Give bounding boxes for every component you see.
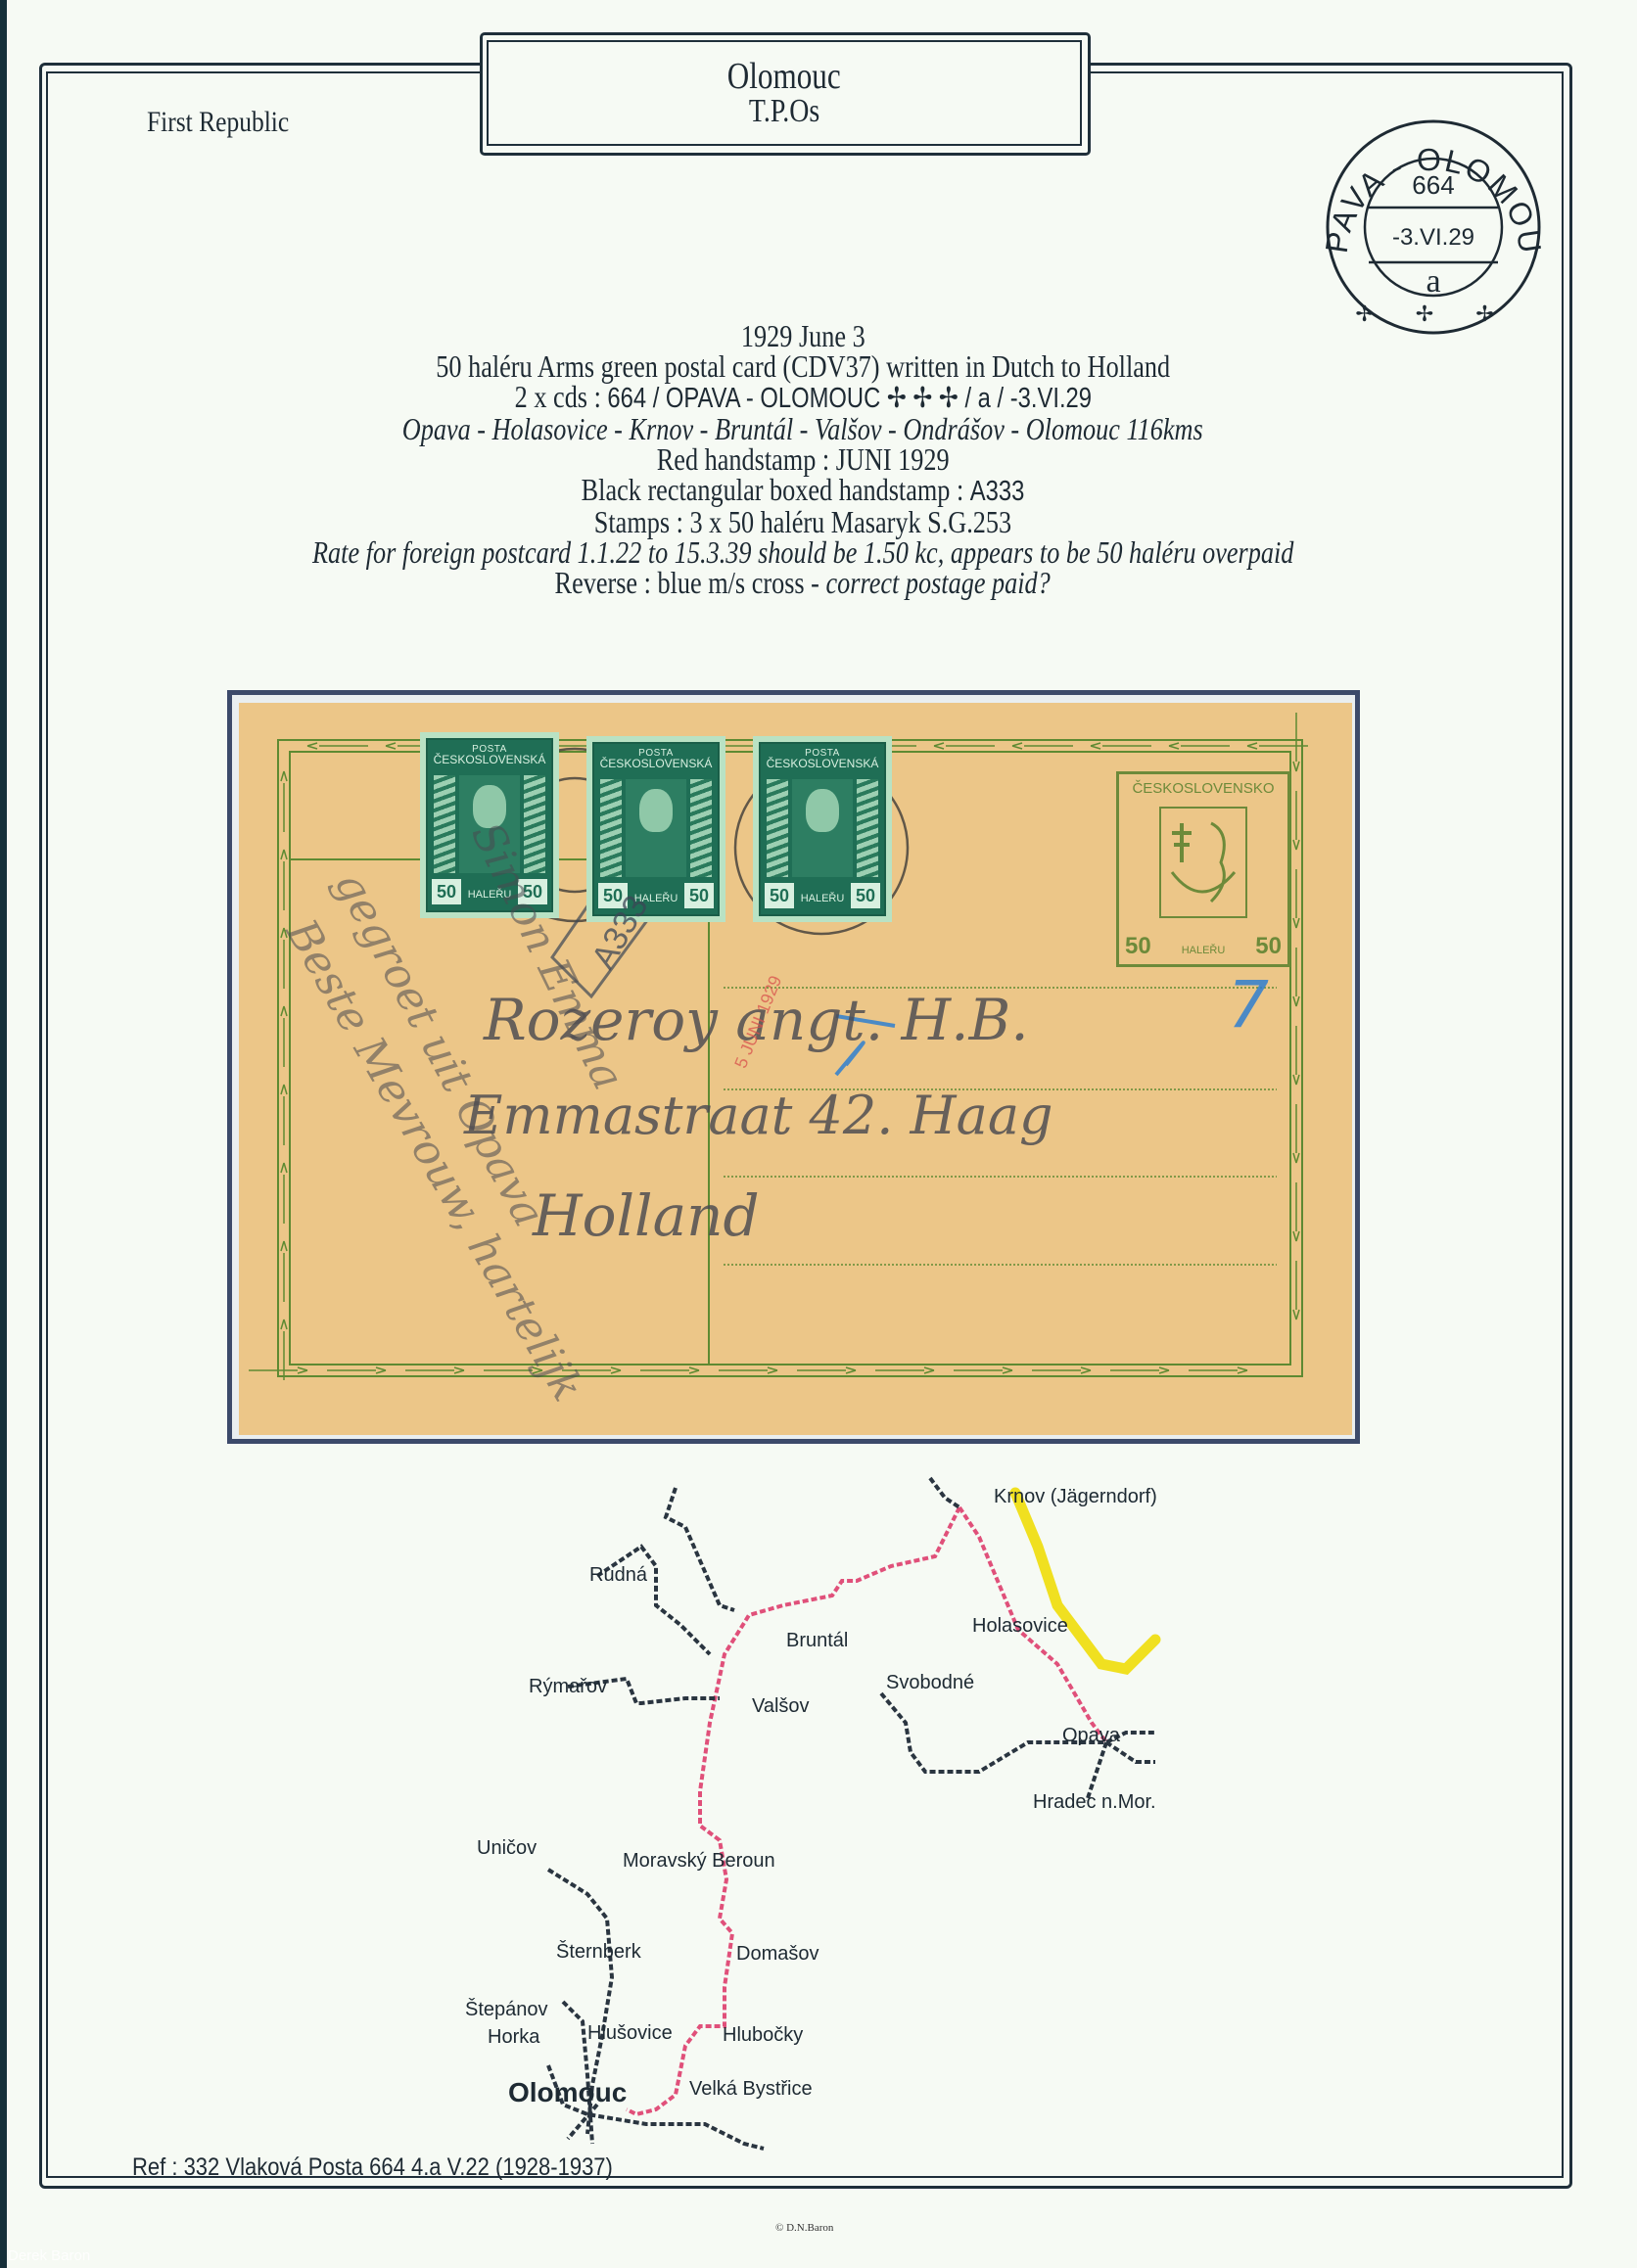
copyright: © D.N.Baron bbox=[775, 2222, 833, 2234]
map-label-svobodn-: Svobodné bbox=[886, 1672, 974, 1694]
map-label-uni-ov: Uničov bbox=[477, 1837, 537, 1860]
map-label--tep-nov: Štepánov bbox=[465, 1999, 548, 2021]
map-label-rudn-: Rudná bbox=[589, 1564, 647, 1587]
map-label-brunt-l: Bruntál bbox=[786, 1630, 848, 1652]
map-label-doma-ov: Domašov bbox=[736, 1943, 818, 1966]
page-subtitle: T.P.Os bbox=[749, 95, 819, 128]
page-title: Olomouc bbox=[727, 58, 841, 95]
reference-line: Ref : 332 Vlaková Posta 664 4.a V.22 (19… bbox=[132, 2153, 613, 2182]
map-label-opava: Opava bbox=[1062, 1725, 1120, 1747]
map-label-holasovice: Holasovice bbox=[972, 1615, 1068, 1638]
map-label-krnov-j-gerndorf-: Krnov (Jägerndorf) bbox=[994, 1486, 1157, 1508]
map-label--ternberk: Šternberk bbox=[556, 1941, 641, 1964]
map-label-moravsk-beroun: Moravský Beroun bbox=[623, 1850, 775, 1873]
watermark: Derek Baron bbox=[8, 2247, 90, 2264]
map-label-val-ov: Valšov bbox=[752, 1695, 810, 1718]
railway-map bbox=[0, 0, 1637, 2268]
map-label-hlu-ovice: Hlušovice bbox=[587, 2022, 673, 2045]
map-label-velk-byst-ice: Velká Bystřice bbox=[689, 2078, 813, 2101]
title-box: Olomouc T.P.Os bbox=[487, 40, 1082, 146]
map-label-hradec-n-mor-: Hradec n.Mor. bbox=[1033, 1791, 1156, 1814]
map-label-r-ma-ov: Rýmařov bbox=[529, 1676, 607, 1698]
map-label-olomouc: Olomouc bbox=[508, 2077, 627, 2108]
map-label-horka: Horka bbox=[488, 2026, 539, 2049]
map-label-hlubo-ky: Hlubočky bbox=[723, 2024, 803, 2047]
